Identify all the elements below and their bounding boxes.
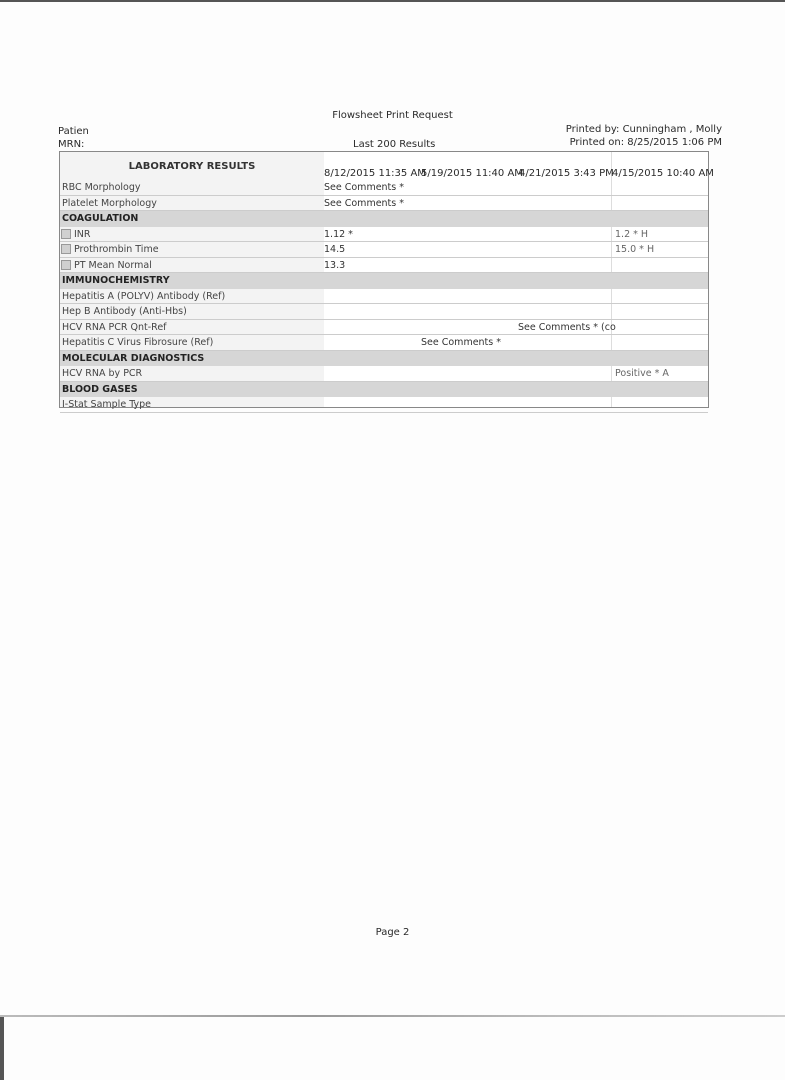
date-column-2: 5/19/2015 11:40 AM bbox=[421, 168, 523, 179]
row-checkbox[interactable] bbox=[61, 244, 71, 254]
section-row: BLOOD GASES bbox=[60, 382, 708, 398]
section-label: BLOOD GASES bbox=[62, 384, 138, 395]
table-row: INR1.12 *1.2 * H bbox=[60, 227, 708, 243]
table-row: Platelet MorphologySee Comments * bbox=[60, 196, 708, 212]
table-row: I-Stat Sample Type bbox=[60, 397, 708, 413]
document-title: Flowsheet Print Request bbox=[0, 110, 785, 121]
table-row: Prothrombin Time14.515.0 * H bbox=[60, 242, 708, 258]
result-cell: 1.12 * bbox=[324, 229, 353, 240]
test-name: Hep B Antibody (Anti-Hbs) bbox=[62, 306, 187, 317]
section-row: MOLECULAR DIAGNOSTICS bbox=[60, 351, 708, 367]
test-name: Hepatitis C Virus Fibrosure (Ref) bbox=[62, 337, 213, 348]
result-cell: 15.0 * H bbox=[615, 244, 654, 255]
table-row: PT Mean Normal13.3 bbox=[60, 258, 708, 274]
table-row: Hepatitis C Virus Fibrosure (Ref)See Com… bbox=[60, 335, 708, 351]
results-scope: Last 200 Results bbox=[353, 139, 435, 150]
date-column-4: 4/15/2015 10:40 AM bbox=[612, 168, 714, 179]
scan-top-edge bbox=[0, 0, 785, 2]
lab-results-table: LABORATORY RESULTS 8/12/2015 11:35 AM 5/… bbox=[59, 151, 709, 408]
header-title: LABORATORY RESULTS bbox=[60, 161, 324, 172]
patient-label: Patien bbox=[58, 126, 89, 137]
table-row: HCV RNA PCR Qnt-RefSee Comments * (co bbox=[60, 320, 708, 336]
test-name: PT Mean Normal bbox=[74, 260, 152, 271]
result-cell: See Comments * bbox=[324, 182, 404, 193]
scan-edge-shadow bbox=[0, 1017, 4, 1080]
section-label: COAGULATION bbox=[62, 213, 138, 224]
row-checkbox[interactable] bbox=[61, 260, 71, 270]
table-row: HCV RNA by PCRPositive * A bbox=[60, 366, 708, 382]
table-row: Hep B Antibody (Anti-Hbs) bbox=[60, 304, 708, 320]
result-cell: See Comments * bbox=[324, 198, 404, 209]
date-column-1: 8/12/2015 11:35 AM bbox=[324, 168, 426, 179]
section-row: COAGULATION bbox=[60, 211, 708, 227]
date-column-3: 4/21/2015 3:43 PM bbox=[519, 168, 614, 179]
test-name: INR bbox=[74, 229, 91, 240]
table-row: Hepatitis A (POLYV) Antibody (Ref) bbox=[60, 289, 708, 305]
mrn-label: MRN: bbox=[58, 139, 84, 150]
section-label: IMMUNOCHEMISTRY bbox=[62, 275, 170, 286]
test-name: Platelet Morphology bbox=[62, 198, 157, 209]
result-cell: 13.3 bbox=[324, 260, 345, 271]
printed-by: Printed by: Cunningham , Molly bbox=[566, 124, 722, 135]
result-cell: 1.2 * H bbox=[615, 229, 648, 240]
result-cell: 14.5 bbox=[324, 244, 345, 255]
printed-on: Printed on: 8/25/2015 1:06 PM bbox=[570, 137, 722, 148]
page-number: Page 2 bbox=[0, 927, 785, 938]
test-name: Hepatitis A (POLYV) Antibody (Ref) bbox=[62, 291, 225, 302]
row-checkbox[interactable] bbox=[61, 229, 71, 239]
result-cell: See Comments * bbox=[421, 337, 501, 348]
table-row: RBC MorphologySee Comments * bbox=[60, 180, 708, 196]
test-name: Prothrombin Time bbox=[74, 244, 159, 255]
test-name: HCV RNA by PCR bbox=[62, 368, 142, 379]
test-name: HCV RNA PCR Qnt-Ref bbox=[62, 322, 167, 333]
test-name: I-Stat Sample Type bbox=[62, 399, 151, 410]
result-cell: See Comments * (co bbox=[518, 322, 616, 333]
page-bottom-edge bbox=[0, 1015, 785, 1017]
table-header: LABORATORY RESULTS 8/12/2015 11:35 AM 5/… bbox=[60, 152, 708, 180]
section-label: MOLECULAR DIAGNOSTICS bbox=[62, 353, 204, 364]
section-row: IMMUNOCHEMISTRY bbox=[60, 273, 708, 289]
result-cell: Positive * A bbox=[615, 368, 669, 379]
test-name: RBC Morphology bbox=[62, 182, 141, 193]
